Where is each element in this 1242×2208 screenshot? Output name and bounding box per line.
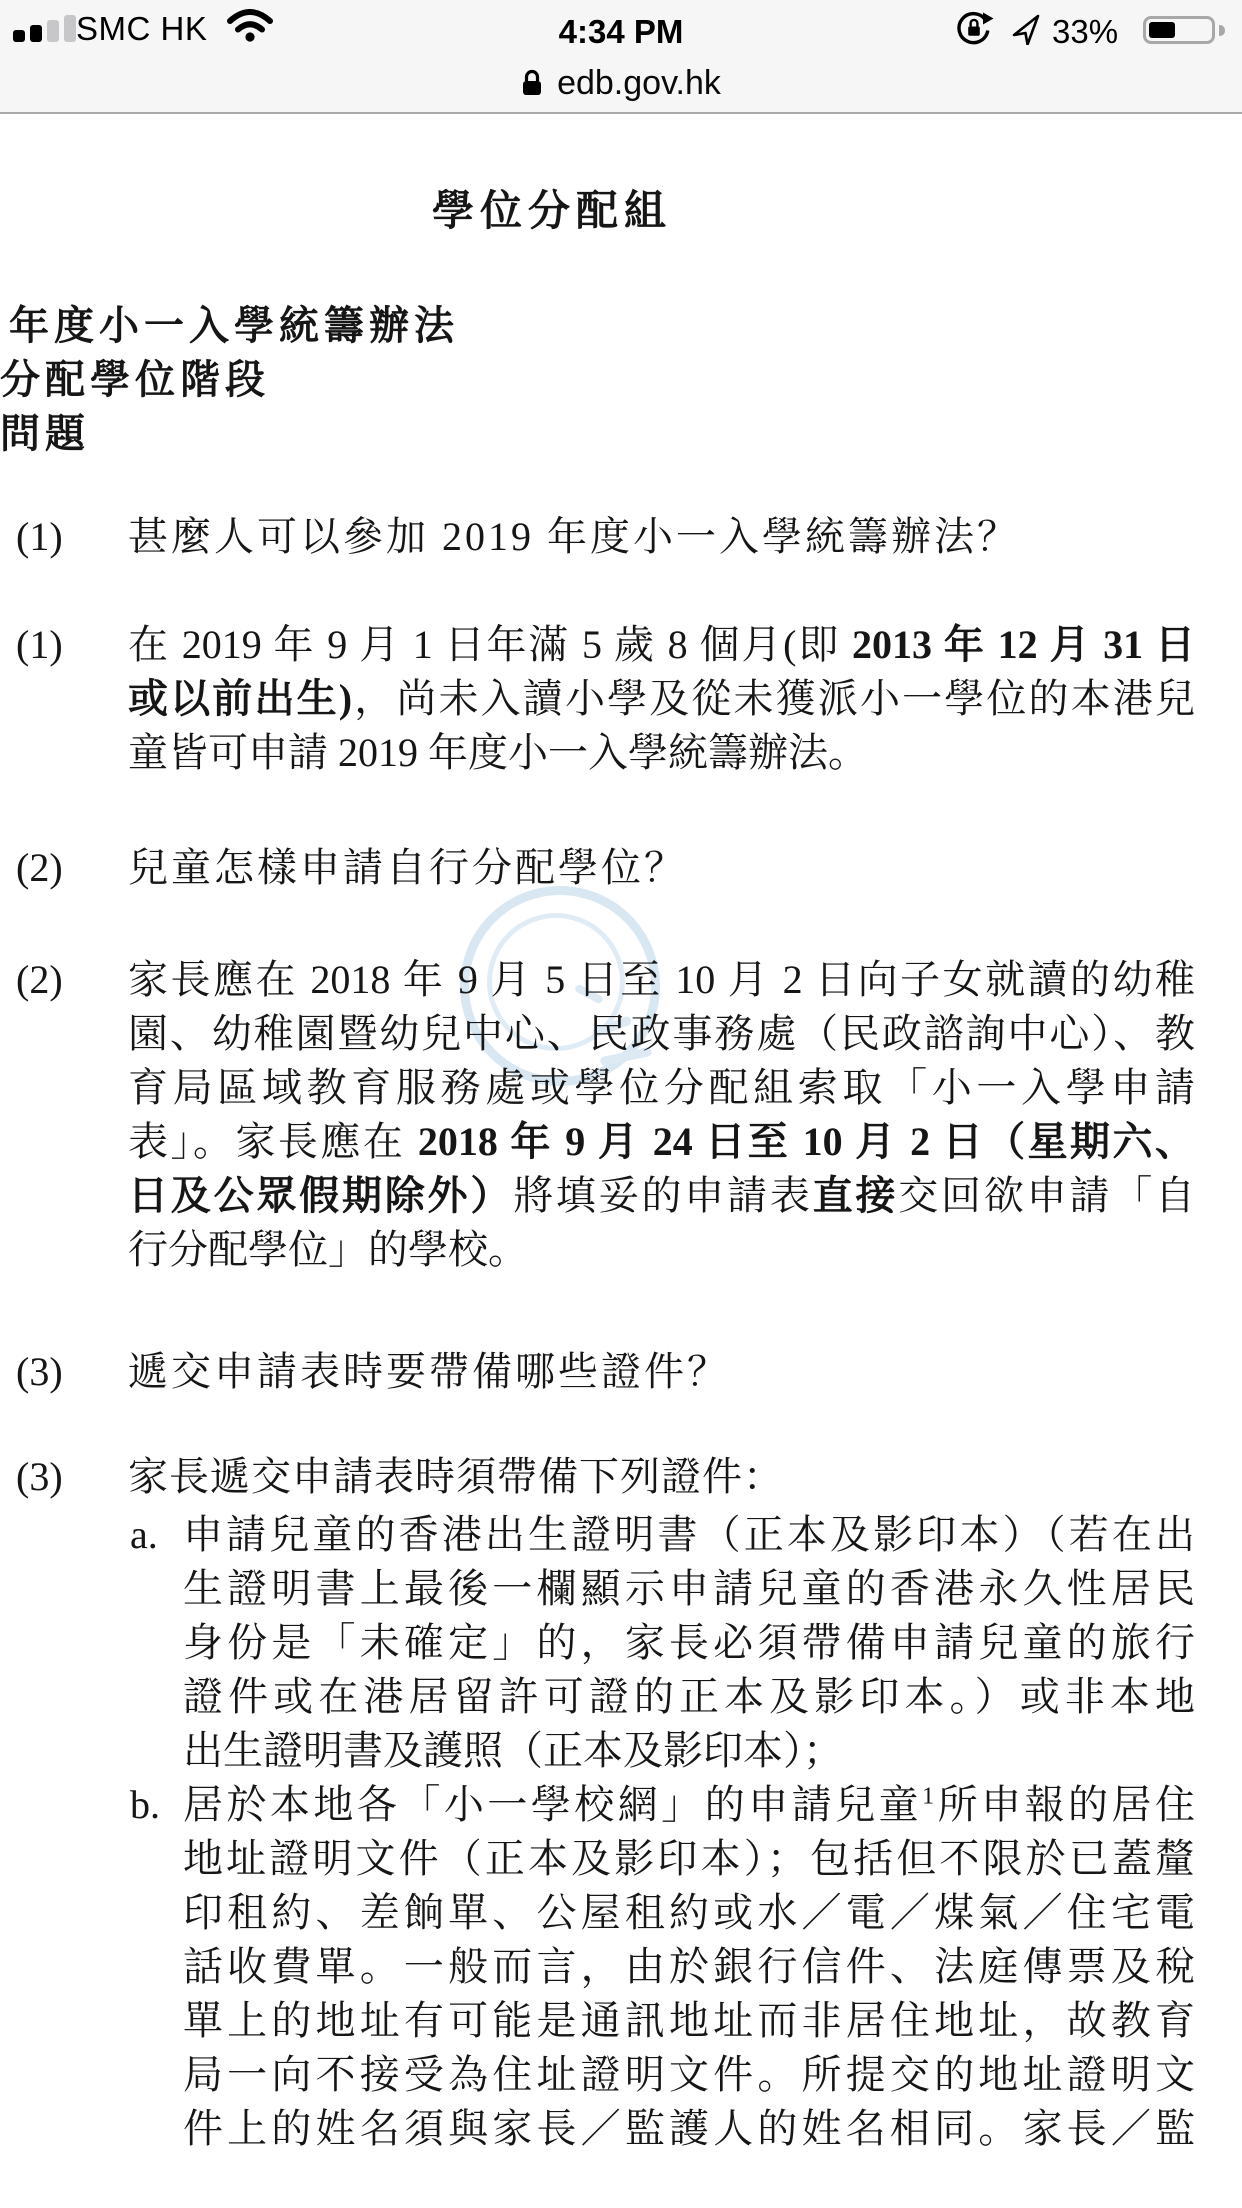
text-line: 兒童怎樣申請自行分配學位？ [128, 841, 1195, 895]
webpage-document: 學位分配組 年度小一入學統籌辦法分配學位階段問題 (1)甚麼人可以參加 2019… [0, 114, 1242, 2208]
text-line: 表」。家長應在 2018 年 9 月 24 日至 10 月 2 日（星期六、 [128, 1115, 1195, 1169]
text-line: 或以前出生)，尚未入讀小學及從未獲派小一學位的本港兒 [128, 672, 1195, 726]
rotation-lock-icon [954, 9, 994, 49]
item-number: (3) [16, 1345, 128, 1399]
text-line: 單上的地址有可能是通訊地址而非居住地址，故教育 [183, 1994, 1195, 2048]
text-line: 行分配學位」的學校。 [128, 1223, 1195, 1277]
answer-3-intro: (3)家長遞交申請表時須帶備下列證件： [16, 1450, 1195, 1504]
item-number: (2) [16, 841, 128, 895]
battery-percent-label: 33% [1052, 13, 1118, 51]
text-line: 遞交申請表時要帶備哪些證件？ [128, 1345, 1195, 1399]
item-number: (2) [16, 953, 128, 1007]
page-title: 學位分配組 [0, 186, 1104, 238]
url-bar[interactable]: edb.gov.hk [0, 58, 1242, 108]
item-letter: b. [130, 1778, 183, 1832]
battery-icon [1143, 16, 1215, 44]
document-headings: 年度小一入學統籌辦法分配學位階段問題 [0, 299, 700, 461]
item-number: (1) [16, 510, 128, 564]
text-line: 出生證明書及護照（正本及影印本）； [183, 1724, 1195, 1778]
padlock-icon [521, 68, 543, 98]
text-line: 居於本地各「小一學校網」的申請兒童1所申報的居住 [183, 1778, 1195, 1832]
answer-3-item-b: b.居於本地各「小一學校網」的申請兒童1所申報的居住地址證明文件（正本及影印本）… [16, 1778, 1195, 2156]
item-number: (3) [16, 1450, 128, 1504]
text-line: 童皆可申請 2019 年度小一入學統籌辦法。 [128, 726, 1195, 780]
text-line: 家長遞交申請表時須帶備下列證件： [128, 1450, 1195, 1504]
text-line: 家長應在 2018 年 9 月 5 日至 10 月 2 日向子女就讀的幼稚 [128, 953, 1195, 1007]
text-line: 地址證明文件（正本及影印本）；包括但不限於已蓋釐 [183, 1832, 1195, 1886]
text-line: 話收費單。一般而言，由於銀行信件、法庭傳票及稅 [183, 1940, 1195, 1994]
text-line: 證件或在港居留許可證的正本及影印本。）或非本地 [183, 1670, 1195, 1724]
answer-1: (1)在 2019 年 9 月 1 日年滿 5 歲 8 個月(即 2013 年 … [16, 618, 1195, 780]
status-bar-top-row: SMC HK 4:34 PM 33% [0, 0, 1242, 56]
text-line: 件上的姓名須與家長／監護人的姓名相同。家長／監 [183, 2102, 1195, 2156]
location-arrow-icon [1010, 13, 1042, 45]
document-heading: 分配學位階段 [0, 353, 700, 407]
text-line: 身份是「未確定」的，家長必須帶備申請兒童的旅行 [183, 1616, 1195, 1670]
status-bar: SMC HK 4:34 PM 33% edb.gov.hk [0, 0, 1242, 114]
answer-3-item-a: a.申請兒童的香港出生證明書（正本及影印本）（若在出生證明書上最後一欄顯示申請兒… [16, 1508, 1195, 1778]
text-line: 甚麼人可以參加 2019 年度小一入學統籌辦法？ [128, 510, 1195, 564]
text-line: 申請兒童的香港出生證明書（正本及影印本）（若在出 [183, 1508, 1195, 1562]
text-line: 局一向不接受為住址證明文件。所提交的地址證明文 [183, 2048, 1195, 2102]
mobile-safari-screenshot: { "status_bar": { "carrier": "SMC HK", "… [0, 0, 1242, 2208]
text-line: 園、幼稚園暨幼兒中心、民政事務處（民政諮詢中心）、教 [128, 1007, 1195, 1061]
text-line: 育局區域教育服務處或學位分配組索取「小一入學申請 [128, 1061, 1195, 1115]
item-number: (1) [16, 618, 128, 672]
question-3: (3)遞交申請表時要帶備哪些證件？ [16, 1345, 1195, 1399]
document-heading: 問題 [0, 407, 700, 461]
answer-2: (2)家長應在 2018 年 9 月 5 日至 10 月 2 日向子女就讀的幼稚… [16, 953, 1195, 1277]
text-line: 生證明書上最後一欄顯示申請兒童的香港永久性居民 [183, 1562, 1195, 1616]
text-line: 印租約、差餉單、公屋租約或水／電／煤氣／住宅電 [183, 1886, 1195, 1940]
question-2: (2)兒童怎樣申請自行分配學位？ [16, 841, 1195, 895]
text-line: 在 2019 年 9 月 1 日年滿 5 歲 8 個月(即 2013 年 12 … [128, 618, 1195, 672]
question-1: (1)甚麼人可以參加 2019 年度小一入學統籌辦法？ [16, 510, 1195, 564]
item-letter: a. [130, 1508, 183, 1562]
text-line: 日及公眾假期除外）將填妥的申請表直接交回欲申請「自 [128, 1169, 1195, 1223]
document-heading: 年度小一入學統籌辦法 [0, 299, 700, 353]
url-domain: edb.gov.hk [557, 63, 721, 103]
